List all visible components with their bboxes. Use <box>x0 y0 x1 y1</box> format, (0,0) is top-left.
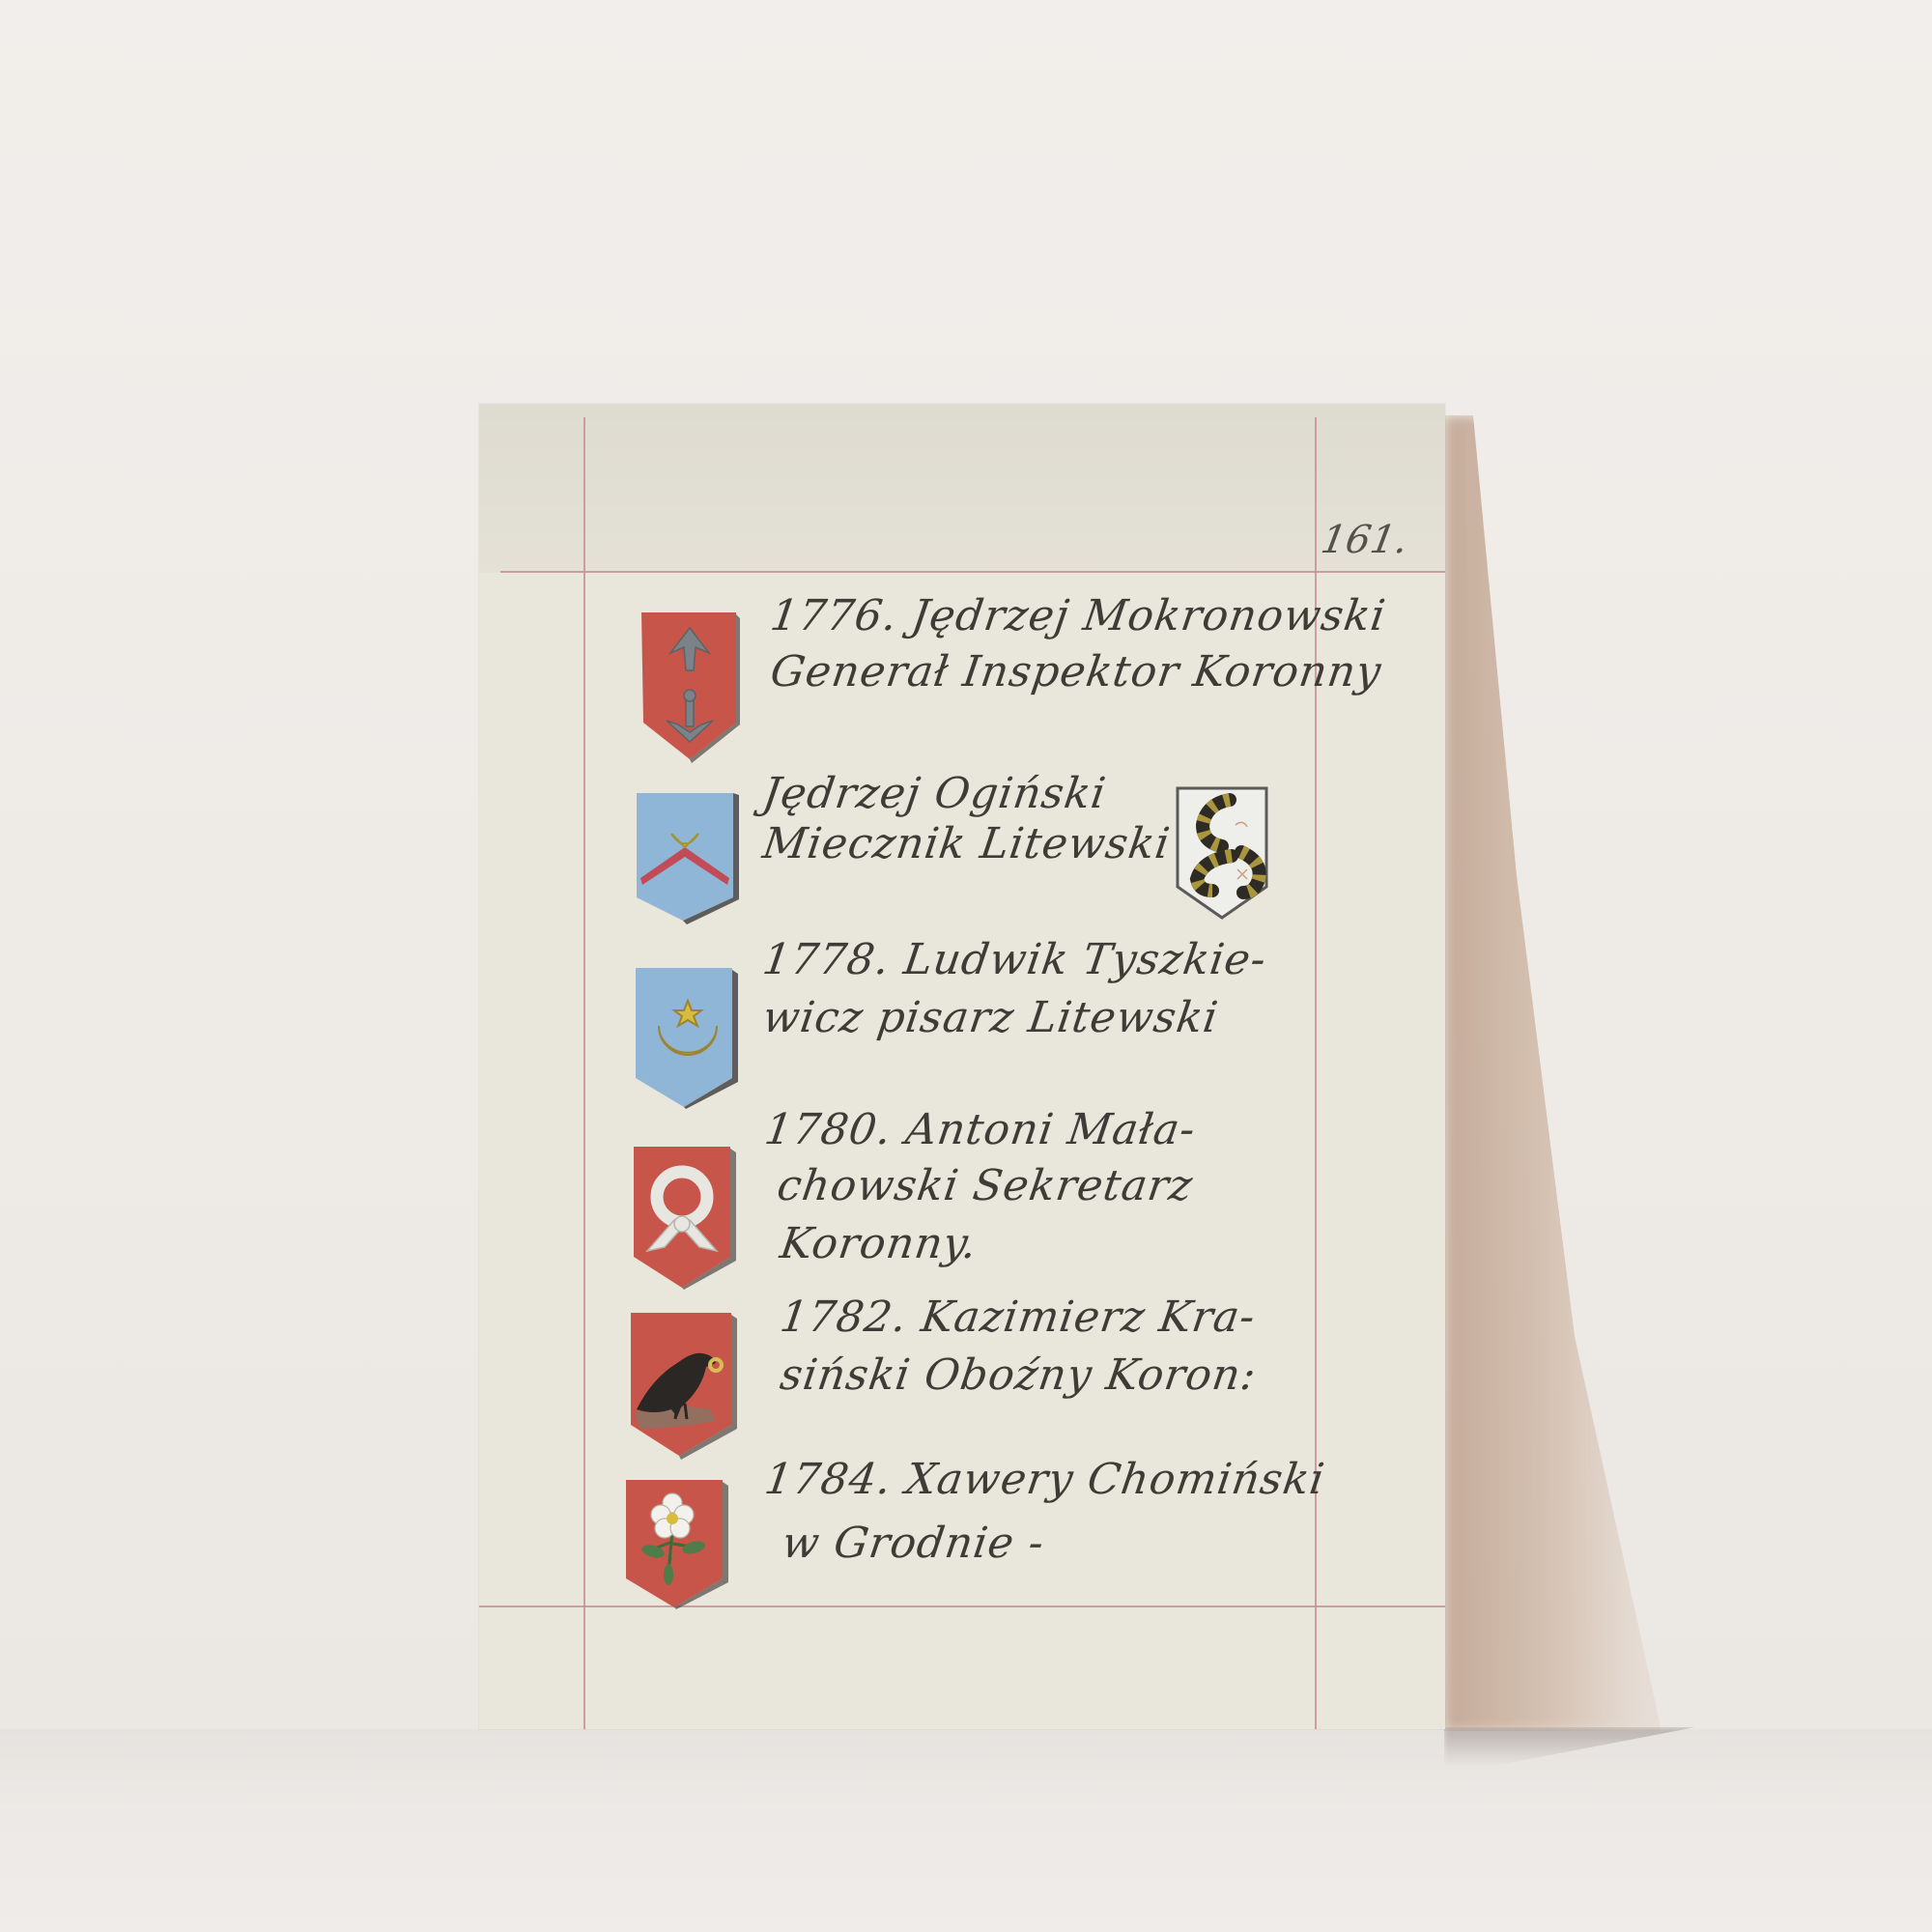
paper-top-margin <box>479 404 1445 573</box>
floor-surface <box>0 1729 1932 1932</box>
entry-1-line-2: Generał Inspektor Koronny <box>767 641 1386 703</box>
shield-oginski-side <box>1174 782 1270 920</box>
page-number: 161. <box>1318 518 1411 562</box>
arrow-and-anchor-icon <box>638 611 744 763</box>
shield-mokronowski <box>638 611 744 763</box>
chevron-with-crescent-icon <box>633 789 743 924</box>
top-rule <box>500 571 1445 573</box>
entry-6-line-2: w Grodnie - <box>779 1513 1049 1575</box>
knotted-scarf-icon <box>628 1143 740 1290</box>
entry-4-line-2: chowski Sekretarz <box>774 1155 1197 1217</box>
shield-oginski <box>633 789 743 924</box>
crescent-and-star-icon <box>630 964 742 1109</box>
shield-malachowski <box>628 1143 740 1290</box>
entry-4-line-1: 1780. Antoni Mała- <box>761 1099 1200 1161</box>
entry-2-line-2: Miecznik Litewski <box>759 813 1175 875</box>
entry-4-line-3: Koronny. <box>777 1213 981 1275</box>
entry-1-line-1: 1776. Jędrzej Mokronowski <box>767 585 1390 647</box>
entry-3-line-1: 1778. Ludwik Tyszkie- <box>759 929 1271 991</box>
serpents-icon <box>1174 782 1270 920</box>
entry-5-line-2: siński Oboźny Koron: <box>777 1345 1261 1406</box>
shield-krasinski <box>623 1309 739 1460</box>
shield-chominski <box>620 1474 732 1609</box>
rose-icon <box>620 1474 732 1609</box>
entry-6-line-1: 1784. Xawery Chomiński <box>761 1449 1329 1511</box>
shield-tyszkiewicz <box>630 964 742 1109</box>
entry-3-line-2: wicz pisarz Litewski <box>759 987 1223 1049</box>
left-margin-rule <box>583 417 585 1729</box>
entry-5-line-1: 1782. Kazimierz Kra- <box>777 1287 1260 1349</box>
raven-with-ring-icon <box>623 1309 739 1460</box>
